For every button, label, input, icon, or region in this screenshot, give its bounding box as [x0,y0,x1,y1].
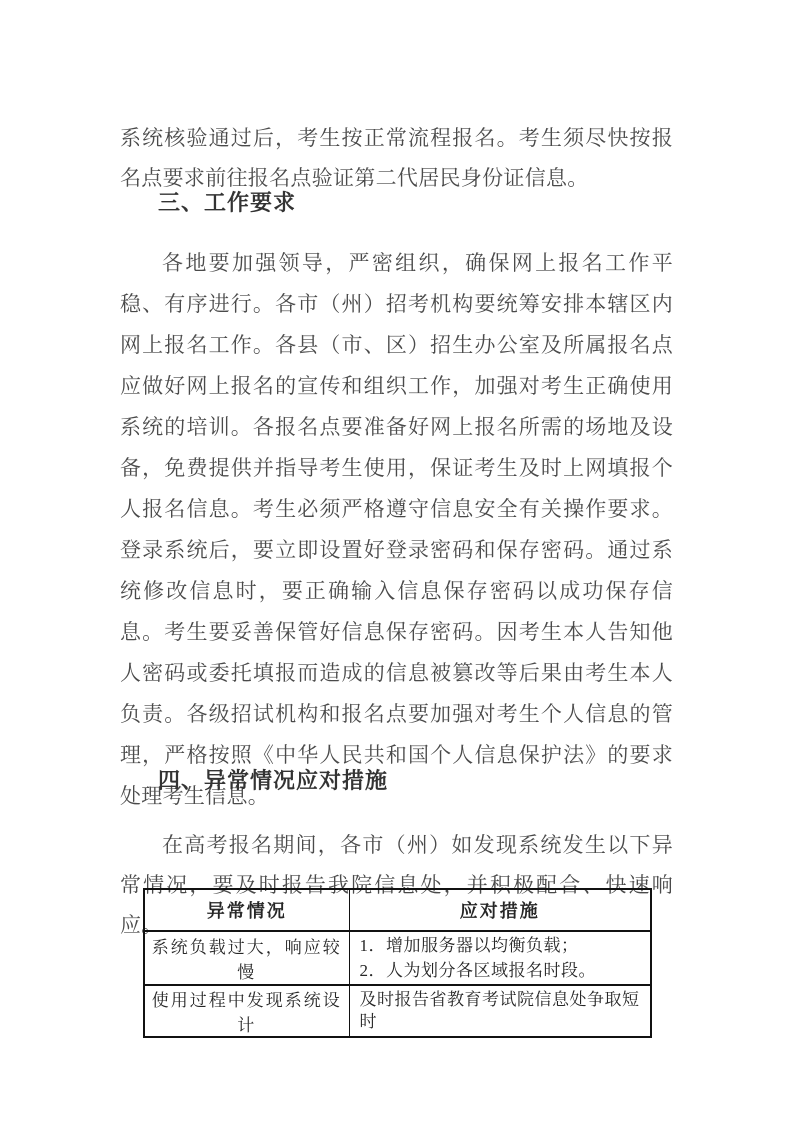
table-header-situation: 异常情况 [144,889,349,931]
measure-line-2: 2．人为划分各区域报名时段。 [350,958,651,983]
table-header-measures: 应对措施 [349,889,651,931]
table-row: 使用过程中发现系统设计 及时报告省教育考试院信息处争取短时 [144,985,651,1037]
work-requirements-paragraph: 各地要加强领导，严密组织，确保网上报名工作平稳、有序进行。各市（州）招考机构要统… [120,243,673,817]
section-heading-abnormal-situations: 四、异常情况应对措施 [158,767,388,795]
section-heading-work-requirements: 三、工作要求 [158,189,296,217]
table-row: 系统负载过大，响应较慢 1．增加服务器以均衡负载； 2．人为划分各区域报名时段。 [144,931,651,985]
intro-paragraph: 系统核验通过后，考生按正常流程报名。考生须尽快按报名点要求前往报名点验证第二代居… [120,118,673,198]
measure-line-1: 1．增加服务器以均衡负载； [350,933,651,958]
document-page: 系统核验通过后，考生按正常流程报名。考生须尽快按报名点要求前往报名点验证第二代居… [0,0,793,1122]
table-cell-measures-2: 及时报告省教育考试院信息处争取短时 [349,985,651,1037]
table-cell-situation-1: 系统负载过大，响应较慢 [144,931,349,985]
table-cell-situation-2: 使用过程中发现系统设计 [144,985,349,1037]
table-header-row: 异常情况 应对措施 [144,889,651,931]
abnormal-situations-table: 异常情况 应对措施 系统负载过大，响应较慢 1．增加服务器以均衡负载； 2．人为… [143,888,652,1038]
table-cell-measures-1: 1．增加服务器以均衡负载； 2．人为划分各区域报名时段。 [349,931,651,985]
